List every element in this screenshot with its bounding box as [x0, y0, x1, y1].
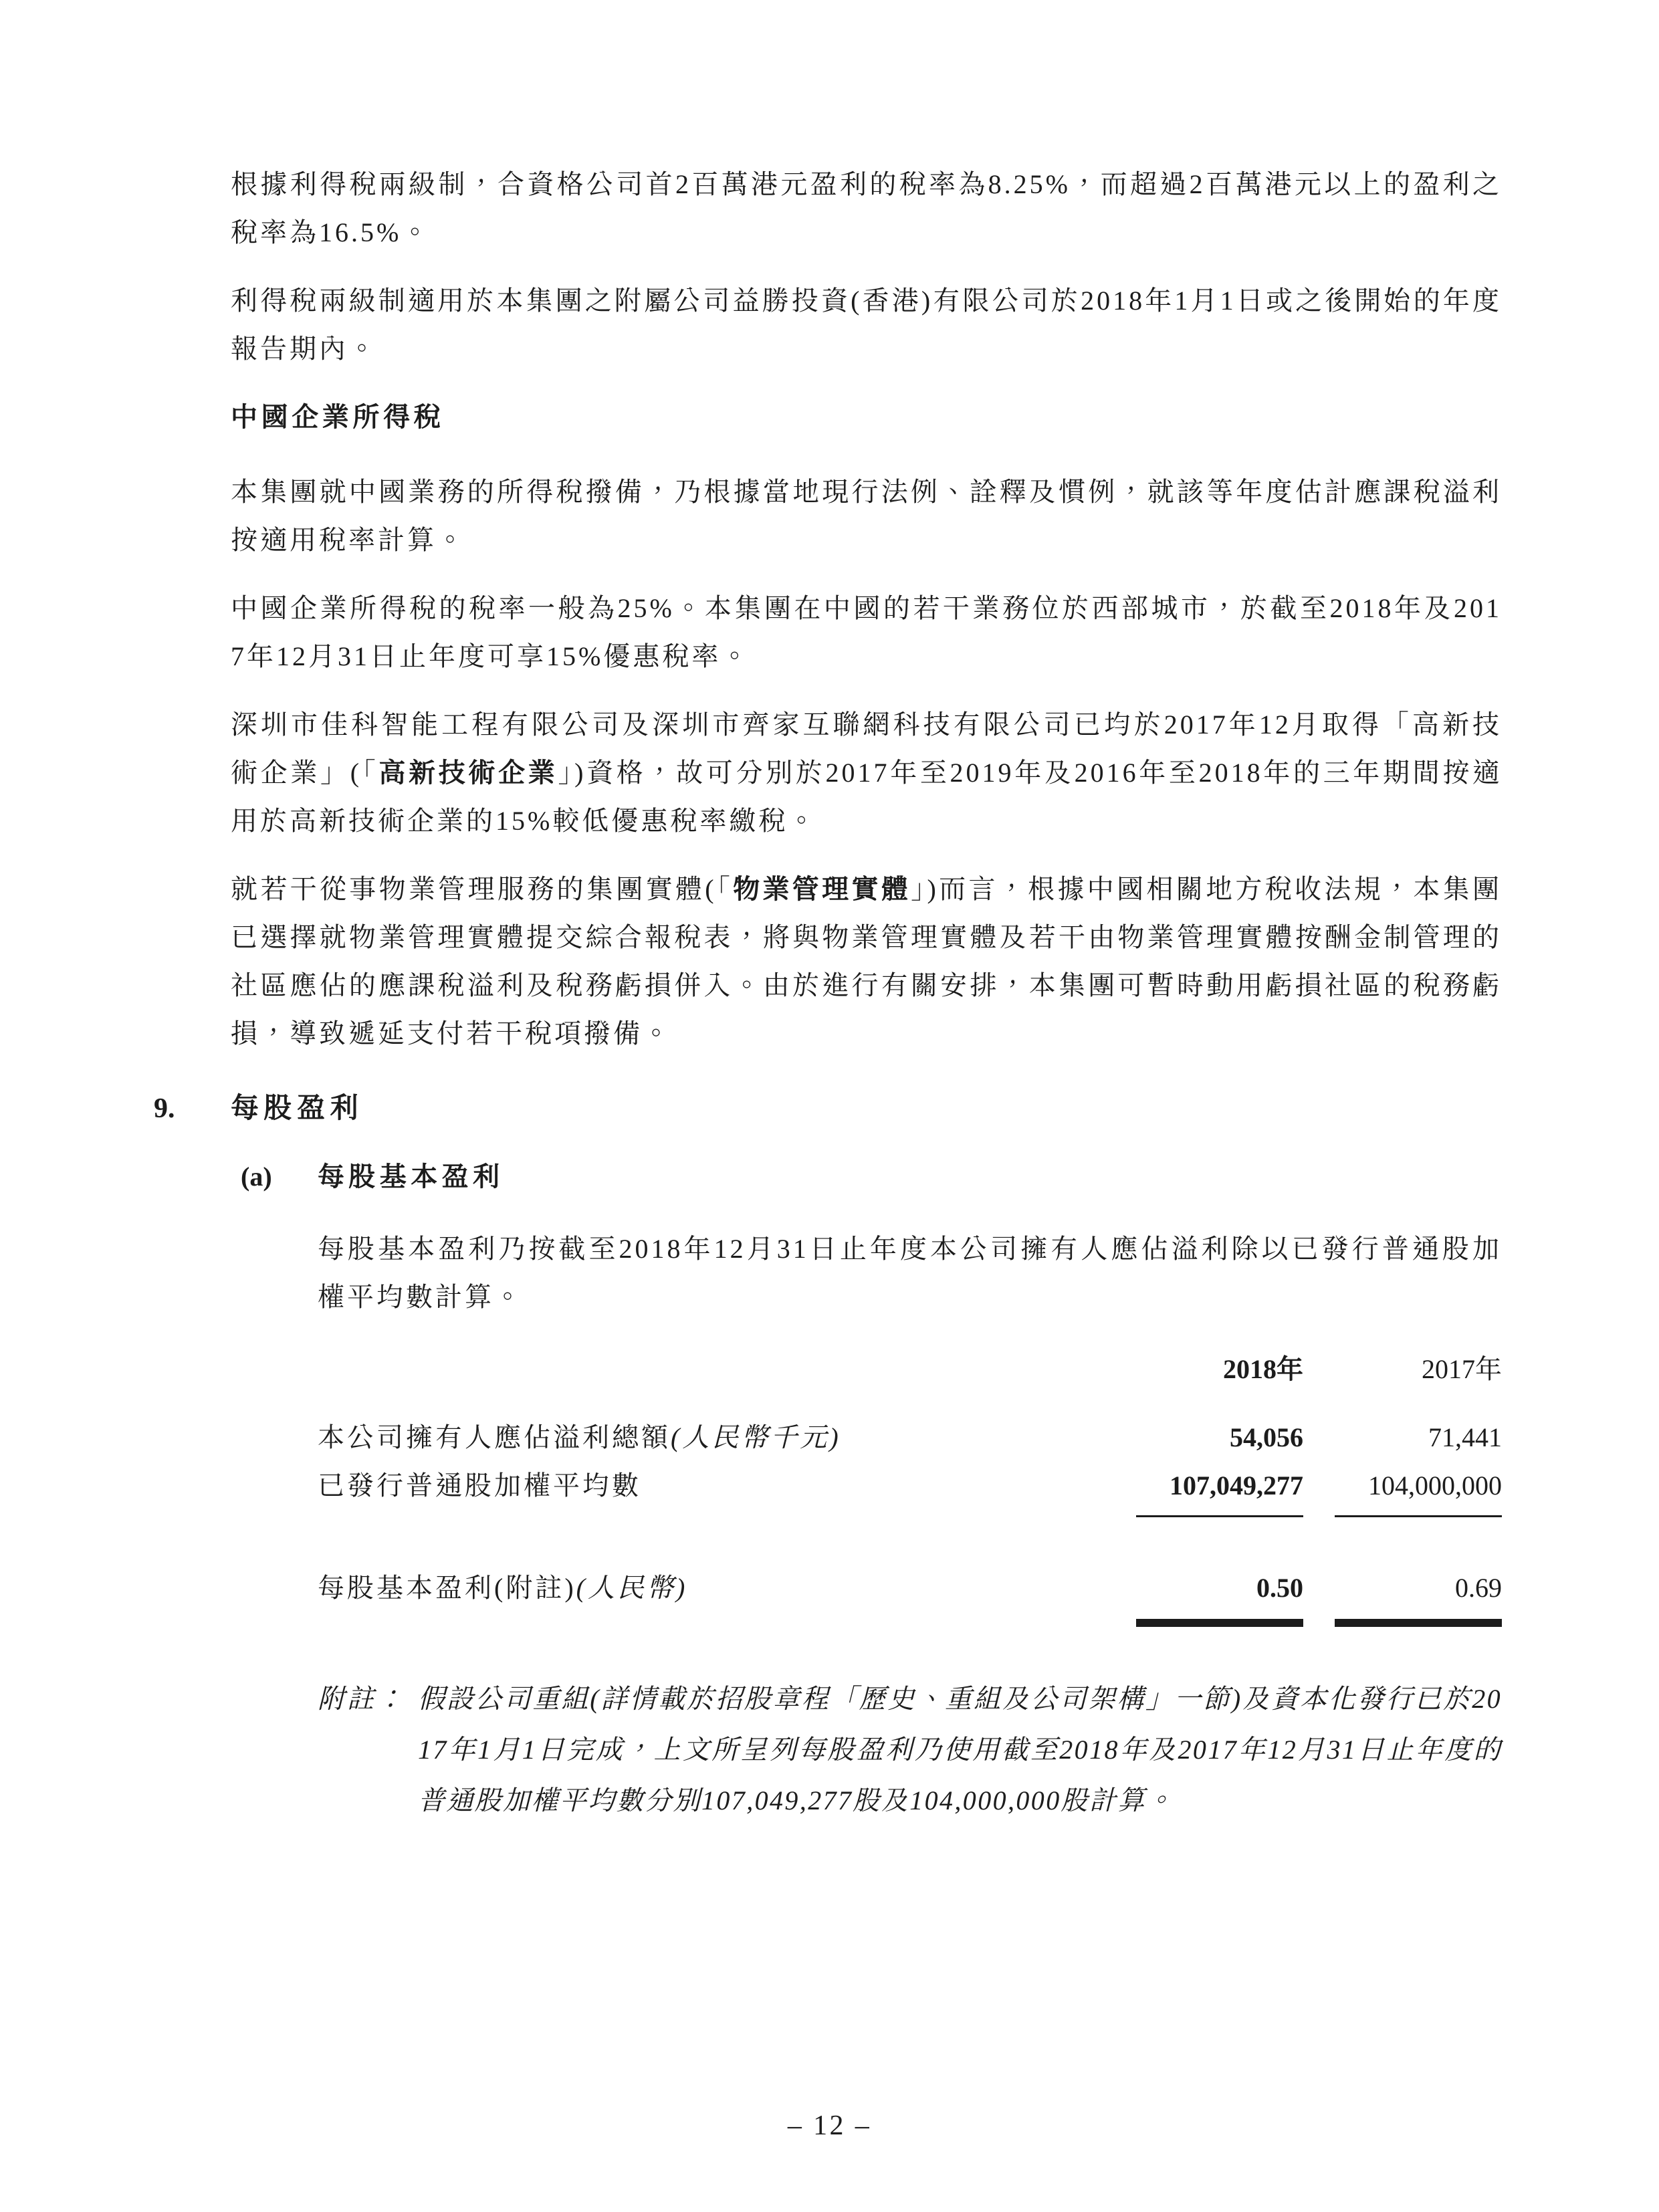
table-single-rule-row [318, 1510, 1502, 1517]
value-2017: 0.69 [1335, 1564, 1502, 1612]
value-2018: 54,056 [1136, 1414, 1303, 1462]
table-total-rule-row [318, 1612, 1502, 1627]
heading-china-enterprise-income-tax: 中國企業所得稅 [231, 393, 1502, 441]
single-rule-2017 [1335, 1515, 1502, 1517]
note-block: 附註： 假設公司重組(詳情載於招股章程「歷史、重組及公司架構」一節)及資本化發行… [318, 1674, 1502, 1826]
eps-table: 2018年 2017年 本公司擁有人應佔溢利總額(人民幣千元) 54,056 7… [318, 1345, 1502, 1627]
total-rule-2018 [1136, 1619, 1303, 1627]
note-text: 假設公司重組(詳情載於招股章程「歷史、重組及公司架構」一節)及資本化發行已於20… [418, 1674, 1502, 1826]
subsection-title-basic-eps: 每股基本盈利 [318, 1153, 504, 1201]
paragraph-prc-tax-rate: 中國企業所得稅的稅率一般為25%。本集團在中國的若干業務位於西部城市，於截至20… [231, 584, 1502, 681]
paragraph-two-tier-applicability: 利得稅兩級制適用於本集團之附屬公司益勝投資(香港)有限公司於2018年1月1日或… [231, 277, 1502, 373]
section-number: 9. [154, 1085, 231, 1133]
table-row-basic-eps: 每股基本盈利(附註)(人民幣) 0.50 0.69 [318, 1564, 1502, 1612]
paragraph-basic-eps-intro: 每股基本盈利乃按截至2018年12月31日止年度本公司擁有人應佔溢利除以已發行普… [318, 1225, 1502, 1321]
page-number: – 12 – [0, 2110, 1659, 2142]
eps-table-header-2017: 2017年 [1335, 1345, 1502, 1394]
eps-table-header-2018: 2018年 [1136, 1345, 1303, 1394]
value-2017: 71,441 [1335, 1414, 1502, 1462]
subsection-label: (a) [241, 1153, 318, 1201]
value-2018: 0.50 [1136, 1564, 1303, 1612]
paragraph-property-management-entities: 就若干從事物業管理服務的集團實體(「物業管理實體」)而言，根據中國相關地方稅收法… [231, 865, 1502, 1058]
note-label: 附註： [318, 1674, 418, 1826]
single-rule-2018 [1136, 1515, 1303, 1517]
table-row-profit-attributable: 本公司擁有人應佔溢利總額(人民幣千元) 54,056 71,441 [318, 1414, 1502, 1462]
paragraph-two-tier-tax-rates: 根據利得稅兩級制，合資格公司首2百萬港元盈利的稅率為8.25%，而超過2百萬港元… [231, 160, 1502, 257]
subsection-a-content: 每股基本盈利乃按截至2018年12月31日止年度本公司擁有人應佔溢利除以已發行普… [318, 1225, 1502, 1826]
value-2017: 104,000,000 [1335, 1462, 1502, 1510]
value-2018: 107,049,277 [1136, 1462, 1303, 1510]
subsection-a-block: (a) 每股基本盈利 每股基本盈利乃按截至2018年12月31日止年度本公司擁有… [241, 1153, 1502, 1826]
total-rule-2017 [1335, 1619, 1502, 1627]
subsection-a-heading: (a) 每股基本盈利 [241, 1153, 1502, 1201]
paragraph-prc-tax-provision: 本集團就中國業務的所得稅撥備，乃根據當地現行法例、詮釋及慣例，就該等年度估計應課… [231, 468, 1502, 564]
section-title-eps: 每股盈利 [231, 1085, 363, 1133]
table-row-weighted-average-shares: 已發行普通股加權平均數 107,049,277 104,000,000 [318, 1462, 1502, 1510]
row-label: 每股基本盈利(附註)(人民幣) [318, 1564, 1105, 1612]
row-label: 已發行普通股加權平均數 [318, 1462, 1105, 1510]
document-page: 根據利得稅兩級制，合資格公司首2百萬港元盈利的稅率為8.25%，而超過2百萬港元… [0, 0, 1659, 2212]
eps-table-header-row: 2018年 2017年 [318, 1345, 1502, 1394]
paragraph-high-tech-enterprises: 深圳市佳科智能工程有限公司及深圳市齊家互聯網科技有限公司已均於2017年12月取… [231, 701, 1502, 845]
section-9-heading: 9. 每股盈利 [154, 1085, 1502, 1133]
row-label: 本公司擁有人應佔溢利總額(人民幣千元) [318, 1414, 1105, 1462]
